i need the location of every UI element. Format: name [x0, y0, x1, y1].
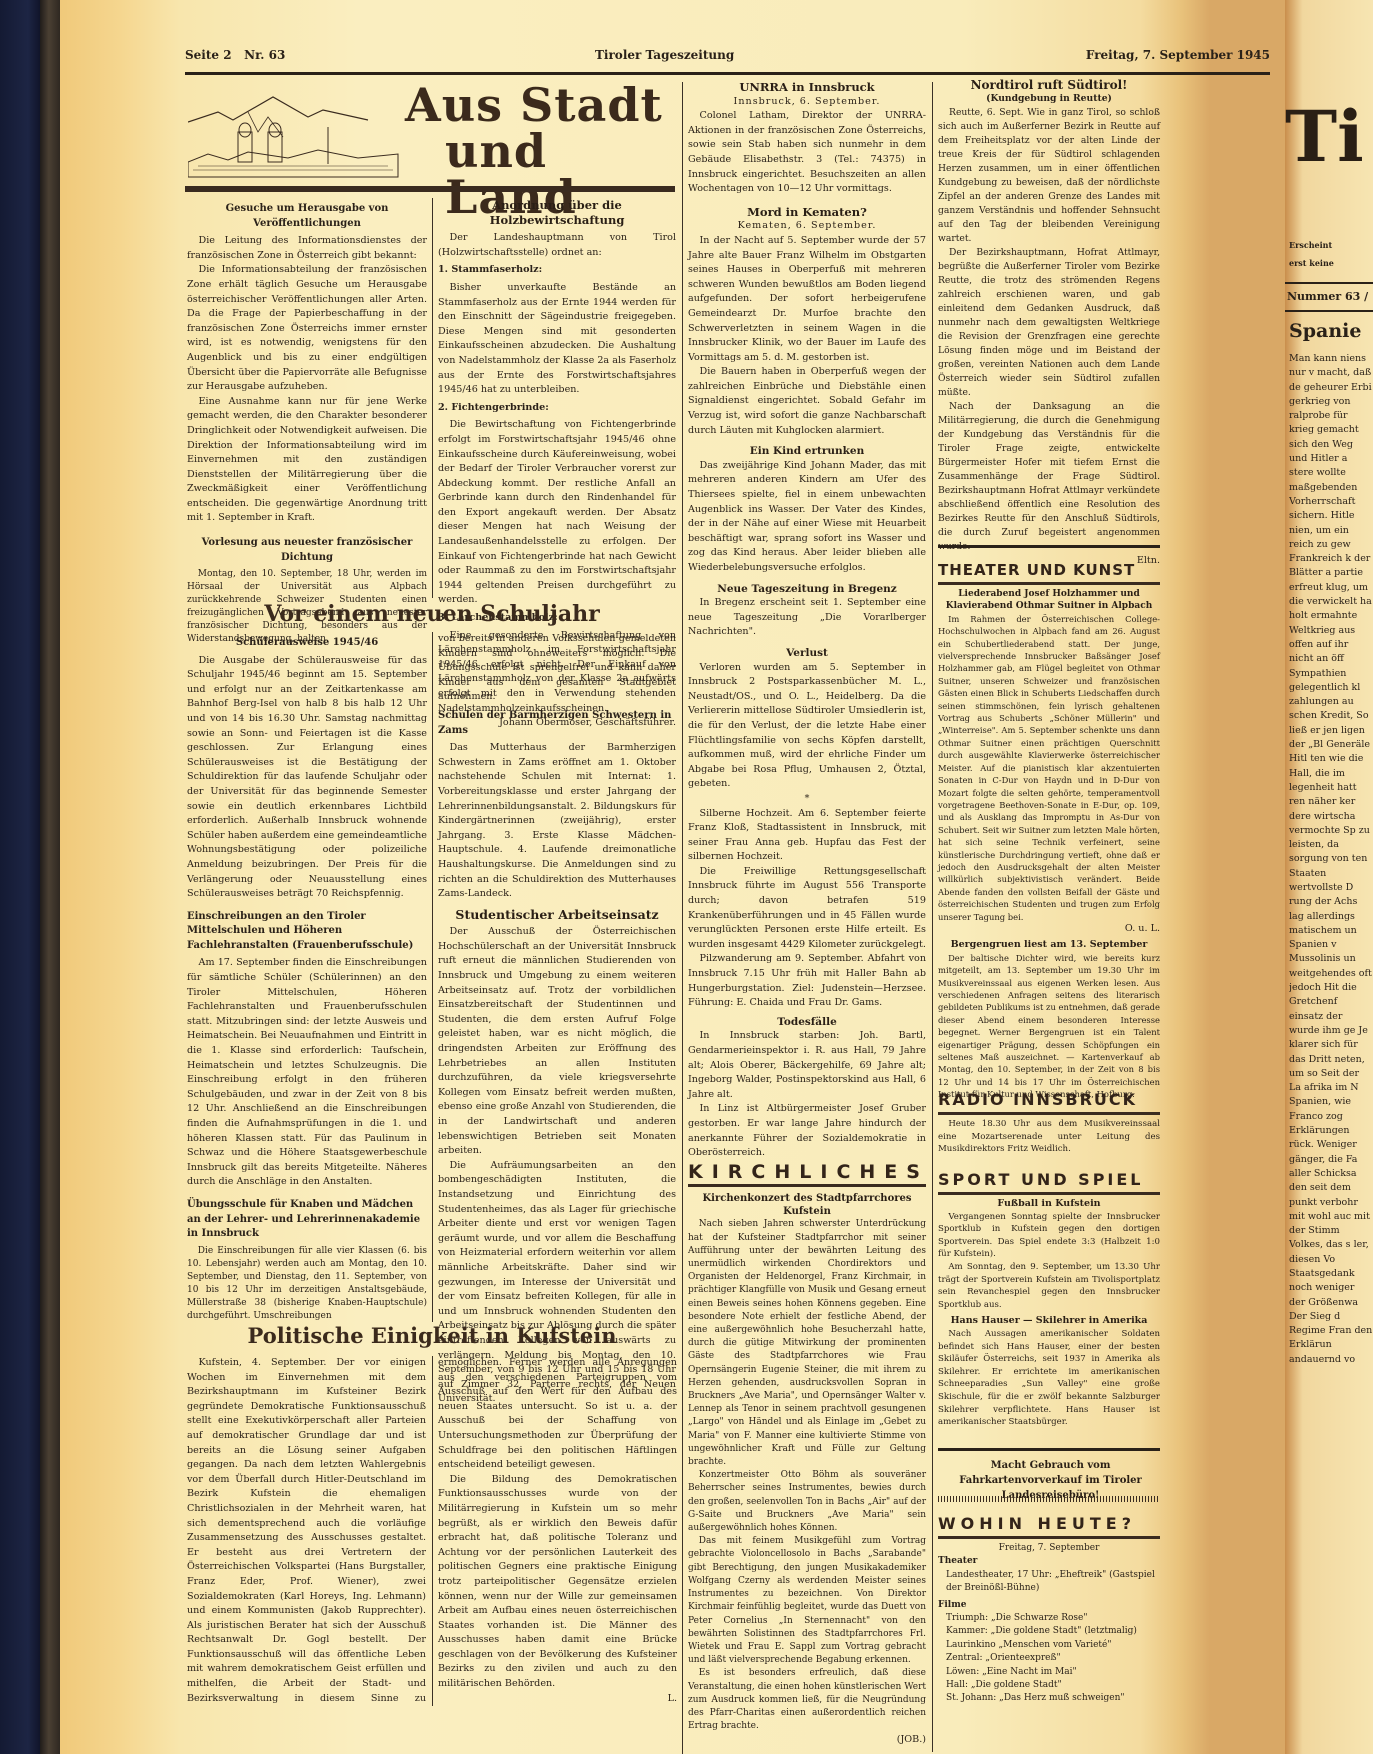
article-title: Verlust [688, 646, 926, 661]
banner-rule [938, 545, 1160, 548]
school-column-b: von bereits in anderen Volksschulen geme… [438, 632, 676, 1407]
listing-item: Landestheater, 17 Uhr: „Eheftreik" (Gast… [938, 1569, 1160, 1596]
newspaper-name: Tiroler Tageszeitung [595, 48, 734, 62]
issue-date: Freitag, 7. September 1945 [1086, 48, 1270, 62]
article-title: Ein Kind ertrunken [688, 444, 926, 459]
notice-line: erst keine [1289, 258, 1334, 268]
banner-sport: SPORT UND SPIEL [938, 1168, 1160, 1195]
article-title: Bergengruen liest am 13. September [938, 939, 1160, 951]
column-divider [682, 82, 683, 1754]
banner-wohin: WOHIN HEUTE? [938, 1512, 1160, 1539]
article-text: Vergangenen Sonntag spielte der Innsbruc… [938, 1211, 1160, 1261]
article-text: von bereits in anderen Volksschulen geme… [438, 632, 676, 705]
article-title: Studentischer Arbeitseinsatz [438, 908, 676, 923]
masthead-fragment: Ti [1285, 95, 1364, 178]
article-title: Liederabend Josef Holzhammer und Klavier… [938, 588, 1160, 613]
article-text: Nach sieben Jahren schwerster Unterdrück… [688, 1218, 926, 1469]
listing-item: Hall: „Die goldene Stadt" [938, 1679, 1160, 1692]
article-text: Verloren wurden am 5. September in Innsb… [688, 661, 926, 792]
article-text: Der Landeshauptmann von Tirol (Holzwirts… [438, 231, 676, 260]
page-number: Seite 2 Nr. 63 [185, 48, 285, 62]
listing-item: St. Johann: „Das Herz muß schweigen" [938, 1692, 1160, 1705]
article-title: Hans Hauser — Skilehrer in Amerika [938, 1315, 1160, 1328]
article-text: In Bregenz erscheint seit 1. September e… [688, 596, 926, 640]
notice-line: Erscheint [1289, 240, 1332, 250]
article-text: Reutte, 6. Sept. Wie in ganz Tirol, so s… [938, 106, 1160, 246]
mountain-town-icon [188, 92, 403, 182]
article-text: Die Freiwillige Rettungsgesellschaft Inn… [688, 865, 926, 953]
radio-article: Heute 18.30 Uhr aus dem Musikvereinssaal… [938, 1118, 1160, 1156]
column-divider [432, 632, 433, 1322]
article-text: Die Bauern haben in Oberperfuß wegen der… [688, 365, 926, 438]
listing-item: Zentral: „Orienteexpreß" [938, 1652, 1160, 1665]
article-text: Die Bewirtschaftung von Fichtengerbrinde… [438, 418, 676, 608]
article-title: Fußball in Kufstein [938, 1198, 1160, 1211]
article-text: Eine Ausnahme kann nur für jene Werke ge… [187, 395, 427, 526]
article-fragment: Man kann niens nur v macht, daß de geheu… [1289, 352, 1373, 1742]
rule [1285, 282, 1373, 284]
listing-item: Triumph: „Die Schwarze Rose" [938, 1612, 1160, 1625]
article-title: Übungsschule für Knaben und Mädchen an d… [187, 1198, 427, 1242]
article-text: Das mit feinem Musikgefühl zum Vortrag g… [688, 1535, 926, 1667]
listing-category: Filme [938, 1599, 1160, 1612]
article-title: Todesfälle [688, 1015, 926, 1030]
article-text: Das zweijährige Kind Johann Mader, das m… [688, 459, 926, 576]
article-text: Heute 18.30 Uhr aus dem Musikvereinssaal… [938, 1118, 1160, 1156]
article-title: Neue Tageszeitung in Bregenz [688, 582, 926, 597]
article-title: Schülerausweise 1945/46 [187, 636, 427, 651]
article-title: Gesuche um Herausgabe von Veröffentlichu… [187, 202, 427, 231]
column-3-articles: UNRRA in Innsbruck Innsbruck, 6. Septemb… [688, 80, 926, 1161]
article-text: Am 17. September finden die Einschreibun… [187, 956, 427, 1190]
article-text: Bisher unverkaufte Bestände an Stammfase… [438, 281, 676, 398]
dateline: Kematen, 6. September. [688, 219, 926, 234]
dateline: Innsbruck, 6. September. [688, 95, 926, 110]
article-title: Nordtirol ruft Südtirol! [938, 78, 1160, 92]
ad-rule [938, 1448, 1160, 1451]
signature: O. u. L. [938, 923, 1160, 935]
article-text: Nach der Danksagung an die Militärregier… [938, 400, 1160, 554]
article-text: Nach Aussagen amerikanischer Soldaten be… [938, 1328, 1160, 1429]
article-text: In Linz ist Altbürgermeister Josef Grube… [688, 1102, 926, 1160]
column-1-articles: Gesuche um Herausgabe von Veröffentlichu… [187, 198, 427, 646]
section-title-line1: Aus Stadt [405, 82, 675, 128]
subsection-heading: 2. Fichtengerbrinde: [438, 401, 676, 416]
rule [1285, 310, 1373, 312]
signature: L. [438, 1692, 677, 1707]
article-text: Der Ausschuß der Österreichischen Hochsc… [438, 925, 676, 1159]
column-4-articles: Nordtirol ruft Südtirol! (Kundgebung in … [938, 78, 1160, 568]
headline-fragment: Spanie [1289, 320, 1361, 342]
article-text: Die Ausgabe der Schülerausweise für das … [187, 654, 427, 902]
adjacent-page: Ti Erscheint erst keine Nummer 63 / Span… [1285, 0, 1373, 1754]
article-text: Die Einschreibungen für alle vier Klasse… [187, 1245, 427, 1323]
article-text: Der baltische Dichter wird, wie bereits … [938, 952, 1160, 1101]
article-text: Pilzwanderung am 9. September. Abfahrt v… [688, 952, 926, 1010]
header-rule [185, 72, 1270, 75]
issue-number: Nummer 63 / [1287, 290, 1368, 303]
listing-category: Theater [938, 1555, 1160, 1568]
listing-date: Freitag, 7. September [938, 1542, 1160, 1555]
listing-item: Löwen: „Eine Nacht im Mai" [938, 1666, 1160, 1679]
school-column-a: Schülerausweise 1945/46 Die Ausgabe der … [187, 632, 427, 1323]
signature: (JOB.) [688, 1733, 926, 1746]
article-text: In Innsbruck starben: Joh. Bartl, Gendar… [688, 1029, 926, 1102]
listing-item: Laurinkino „Menschen vom Varieté" [938, 1639, 1160, 1652]
article-title: Schulen der Barmherzigen Schwestern in Z… [438, 709, 676, 738]
headline-schuljahr: Vor einem neuen Schuljahr [187, 600, 677, 628]
separator-asterisk: * [688, 792, 926, 807]
subsection-heading: 1. Stammfaserholz: [438, 263, 676, 278]
column-divider [432, 198, 433, 598]
article-text: Die Leitung des Informationsdienstes der… [187, 234, 427, 263]
kirchliches-article: Kirchenkonzert des Stadtpfarrchores Kufs… [688, 1192, 926, 1747]
article-text: Es ist besonders erfreulich, daß diese V… [688, 1667, 926, 1733]
section-rule [185, 186, 675, 192]
theater-articles: Liederabend Josef Holzhammer und Klavier… [938, 588, 1160, 1101]
listing-item: Kammer: „Die goldene Stadt" (letztmalig) [938, 1625, 1160, 1638]
sport-articles: Fußball in Kufstein Vergangenen Sonntag … [938, 1198, 1160, 1429]
article-text: Im Rahmen der Österreichischen College-H… [938, 613, 1160, 923]
binding-edge [40, 0, 62, 1754]
article-text: Am Sonntag, den 9. September, um 13.30 U… [938, 1261, 1160, 1311]
kufstein-article: Kufstein, 4. September. Der vor einigen … [187, 1356, 677, 1706]
decorative-strip [938, 1496, 1160, 1502]
article-subtitle: (Kundgebung in Reutte) [938, 92, 1160, 106]
article-text: In der Nacht auf 5. September wurde der … [688, 234, 926, 365]
headline-kufstein: Politische Einigkeit in Kufstein [187, 1322, 677, 1350]
article-title: Einschreibungen an den Tiroler Mittelsch… [187, 910, 427, 954]
article-text: Das Mutterhaus der Barmherzigen Schweste… [438, 741, 676, 902]
article-text: Konzertmeister Otto Böhm als souveräner … [688, 1469, 926, 1535]
article-text: Colonel Latham, Direktor der UNRRA-Aktio… [688, 109, 926, 197]
article-title: Kirchenkonzert des Stadtpfarrchores Kufs… [688, 1192, 926, 1218]
listings: Freitag, 7. September Theater Landesthea… [938, 1542, 1160, 1706]
article-title: UNRRA in Innsbruck [688, 80, 926, 95]
banner-radio: RADIO INNSBRUCK [938, 1088, 1160, 1115]
article-text: Der Bezirkshauptmann, Hofrat Attlmayr, b… [938, 246, 1160, 400]
article-title: Vorlesung aus neuester französischer Dic… [187, 536, 427, 565]
article-title: Anordnung über die Holzbewirtschaftung [438, 198, 676, 227]
book-binding [0, 0, 40, 1754]
city-illustration [188, 92, 403, 182]
article-text: Silberne Hochzeit. Am 6. September feier… [688, 807, 926, 865]
column-divider [932, 82, 933, 1752]
banner-theater: THEATER UND KUNST [938, 558, 1160, 585]
article-text: Die Informationsabteilung der französisc… [187, 263, 427, 394]
article-text: Die Bildung des Demokratischen Funktions… [438, 1473, 677, 1692]
banner-kirchliches: KIRCHLICHES [688, 1160, 926, 1187]
newspaper-page: Seite 2 Nr. 63 Tiroler Tageszeitung Frei… [60, 0, 1300, 1754]
article-title: Mord in Kematen? [688, 205, 926, 220]
page-header: Seite 2 Nr. 63 Tiroler Tageszeitung Frei… [185, 46, 1270, 68]
